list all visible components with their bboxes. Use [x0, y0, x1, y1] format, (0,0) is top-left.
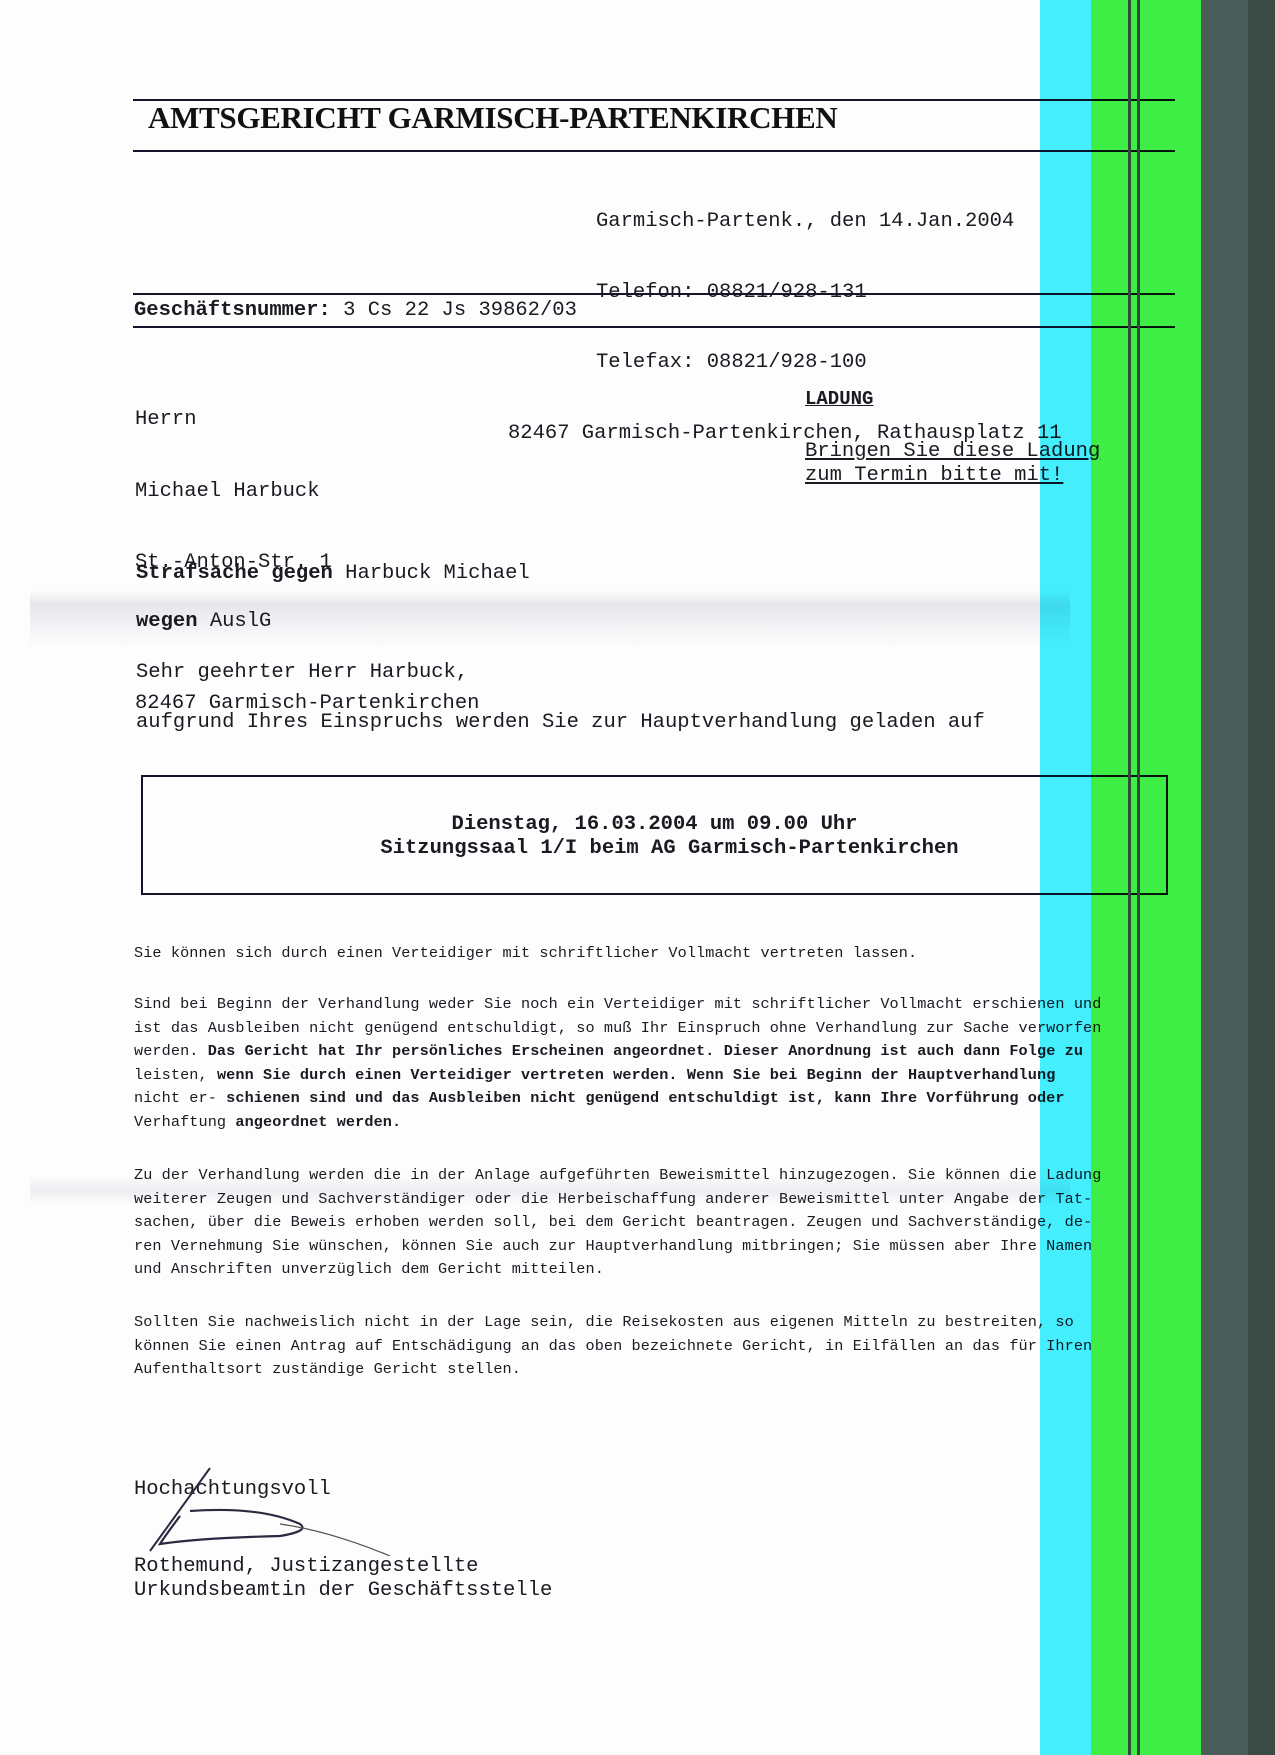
- scan-artifact-line: [1128, 0, 1131, 1755]
- recipient-salutation: Herrn: [135, 408, 479, 433]
- appointment-box: Dienstag, 16.03.2004 um 09.00 Uhr Sitzun…: [141, 775, 1168, 895]
- scan-artifact-cyan-band: [1040, 0, 1091, 1755]
- offense-label: wegen: [136, 610, 198, 633]
- offense-line: wegen AuslG: [136, 610, 271, 633]
- reference-rule-top: [133, 293, 1175, 295]
- intro-sentence: aufgrund Ihres Einspruchs werden Sie zur…: [136, 711, 985, 734]
- case-line: Strafsache gegen Harbuck Michael: [136, 562, 530, 585]
- header-rule-bottom: [133, 150, 1175, 152]
- place-date: Garmisch-Partenk., den 14.Jan.2004: [508, 210, 1062, 234]
- offense-value: AuslG: [198, 610, 272, 633]
- summons-title: LADUNG: [805, 388, 873, 410]
- recipient-name: Michael Harbuck: [135, 480, 479, 505]
- scan-artifact-dark-edge: [1248, 0, 1275, 1755]
- appointment-location: Sitzungssaal 1/I beim AG Garmisch-Parten…: [173, 837, 1166, 861]
- reference-number: 3 Cs 22 Js 39862/03: [331, 299, 577, 322]
- reference-label: Geschäftsnummer:: [134, 299, 331, 322]
- contact-block: Garmisch-Partenk., den 14.Jan.2004 Telef…: [508, 163, 1062, 469]
- appointment-datetime: Dienstag, 16.03.2004 um 09.00 Uhr: [143, 813, 1166, 837]
- fax-number: Telefax: 08821/928-100: [508, 351, 1062, 375]
- defendant-name: Harbuck Michael: [333, 562, 530, 585]
- signer-name: Rothemund, Justizangestellte: [134, 1555, 552, 1579]
- scan-artifact-green-band: [1091, 0, 1201, 1755]
- case-label: Strafsache gegen: [136, 562, 333, 585]
- signature-icon: [140, 1466, 400, 1556]
- signer-role: Urkundsbeamtin der Geschäftsstelle: [134, 1579, 552, 1603]
- scan-artifact-line: [1137, 0, 1140, 1755]
- court-name: AMTSGERICHT GARMISCH-PARTENKIRCHEN: [148, 100, 837, 136]
- signer-block: Rothemund, JustizangestellteUrkundsbeamt…: [134, 1555, 552, 1603]
- reference-rule-bottom: [133, 326, 1175, 328]
- scan-artifact-dark-band: [1201, 0, 1248, 1755]
- greeting: Sehr geehrter Herr Harbuck,: [136, 661, 468, 684]
- case-reference: Geschäftsnummer: 3 Cs 22 Js 39862/03: [134, 299, 577, 322]
